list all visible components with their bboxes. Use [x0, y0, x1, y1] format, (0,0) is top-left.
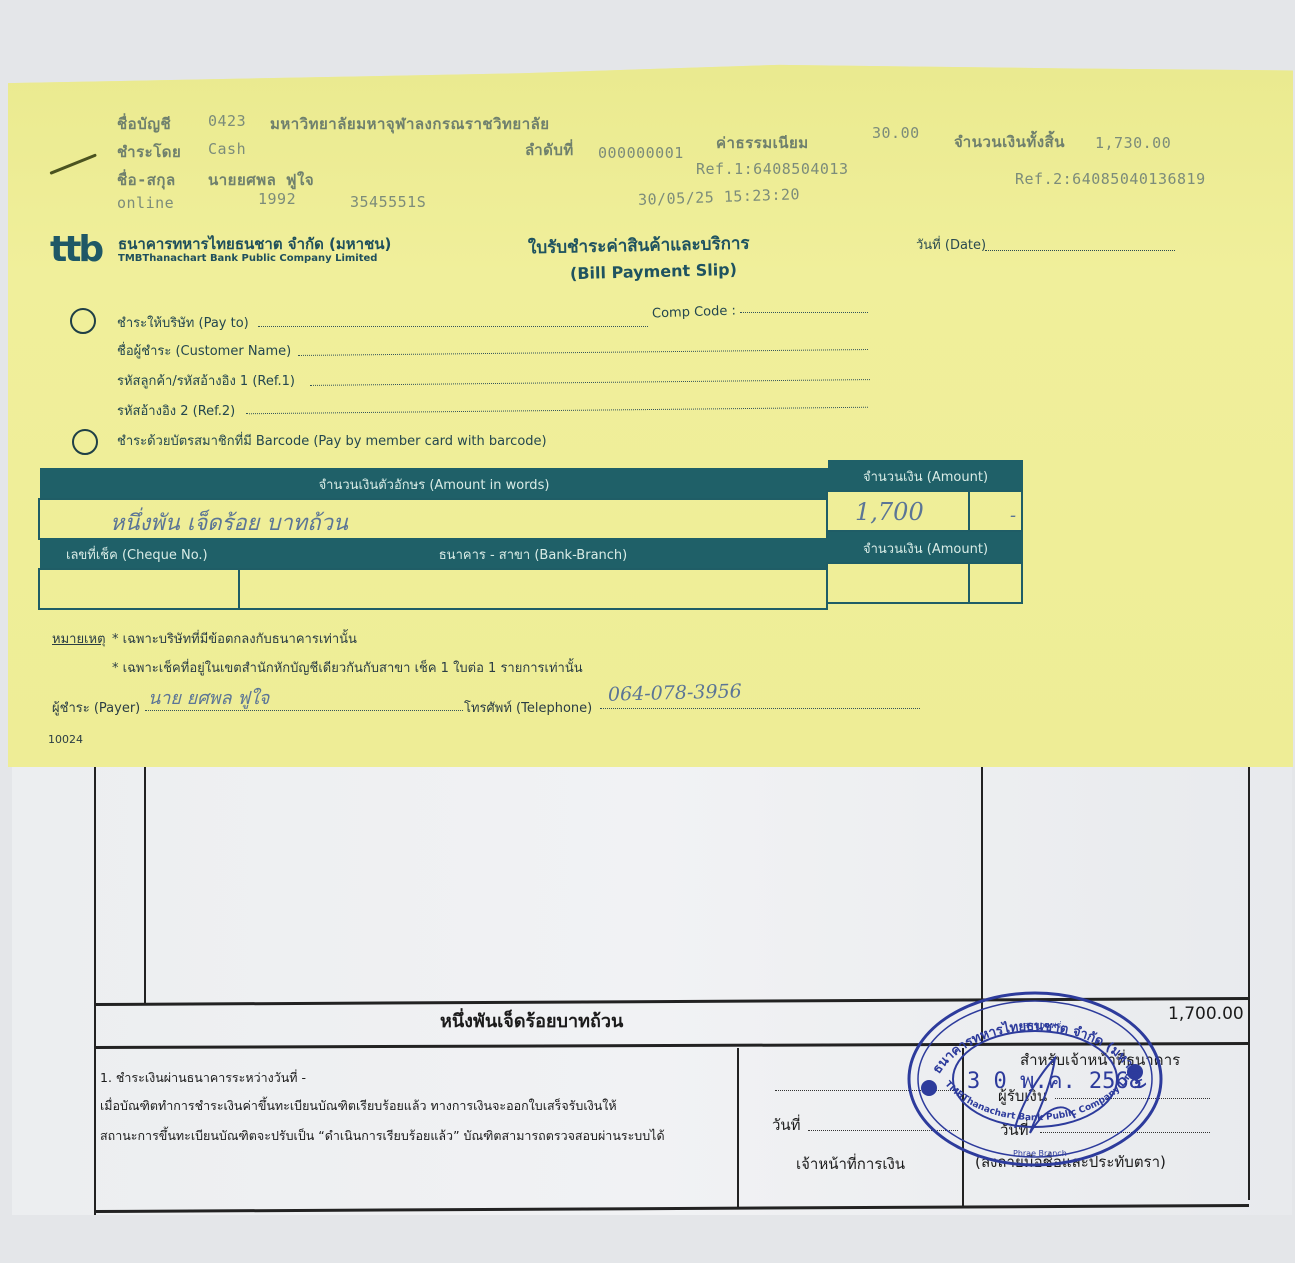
cheque-no-header-text: เลขที่เช็ค (Cheque No.): [66, 544, 208, 565]
date-field[interactable]: [985, 250, 1175, 251]
amount-handwritten: 1,700: [855, 498, 924, 526]
comp-code-field[interactable]: [740, 312, 868, 313]
pay-to-company-radio[interactable]: [70, 308, 96, 334]
printed-total-label: จำนวนเงินทั้งสิ้น: [954, 130, 1065, 154]
cheque-no-header: เลขที่เช็ค (Cheque No.): [40, 538, 238, 570]
finance-date-line: [808, 1130, 958, 1131]
bank-officer-label: สำหรับเจ้าหน้าที่ธนาคาร: [1020, 1048, 1180, 1072]
printed-channel: online: [117, 194, 174, 212]
bank-branch-header-text: ธนาคาร - สาขา (Bank-Branch): [439, 544, 628, 565]
payment-note-line-1: 1. ชำระเงินผ่านธนาคารระหว่างวันที่ -: [100, 1064, 306, 1092]
cheque-amount-satang-field[interactable]: [968, 562, 1023, 604]
bank-date-label: วันที่: [1000, 1118, 1029, 1142]
payer-label: ผู้ชำระ (Payer): [52, 697, 140, 718]
telephone-label: โทรศัพท์ (Telephone): [464, 697, 592, 718]
printed-seq-no: 000000001: [598, 144, 684, 162]
receiver-label: ผู้รับเงิน: [998, 1084, 1047, 1108]
amount-header-text: จำนวนเงิน (Amount): [863, 466, 988, 487]
printed-seq-label: ลำดับที่: [525, 138, 574, 162]
date-label: วันที่ (Date): [916, 234, 986, 255]
amount-header-2-text: จำนวนเงิน (Amount): [863, 538, 988, 559]
printed-ref1: Ref.1:6408504013: [696, 160, 849, 178]
finance-officer-label: เจ้าหน้าที่การเงิน: [796, 1152, 905, 1176]
table-column-line: [962, 1048, 964, 1206]
printed-teller-code: 3545551S: [350, 193, 426, 211]
bank-branch-field[interactable]: [238, 568, 828, 610]
printed-total: 1,730.00: [1095, 134, 1171, 152]
sign-stamp-label: (ลงลายมือชื่อและประทับตรา): [975, 1150, 1166, 1174]
telephone-handwritten: 064-078-3956: [608, 680, 742, 705]
pay-by-barcode-radio[interactable]: [72, 429, 98, 455]
ttb-logo: ttb: [50, 232, 101, 268]
table-border-right: [1248, 760, 1250, 1200]
printed-branch-code: 1992: [258, 190, 296, 208]
barcode-label: ชำระด้วยบัตรสมาชิกที่มี Barcode (Pay by …: [117, 430, 547, 451]
finance-signature-line: [775, 1090, 955, 1091]
printed-name: นายยศพล ฟูใจ: [208, 168, 314, 192]
printed-account-code: 0423: [208, 112, 246, 130]
printed-account-label: ชื่อบัญชี: [117, 112, 171, 136]
printed-fee-label: ค่าธรรมเนียม: [716, 131, 809, 155]
table-column-line: [144, 760, 146, 1003]
pay-to-label: ชำระให้บริษัท (Pay to): [117, 312, 249, 333]
form-number: 10024: [48, 733, 83, 746]
payment-note-line-2: เมื่อบัณฑิตทำการชำระเงินค่าขึ้นทะเบียนบั…: [100, 1092, 617, 1120]
printed-name-label: ชื่อ-สกุล: [117, 168, 176, 192]
telephone-field[interactable]: [600, 708, 920, 709]
table-column-line: [737, 1048, 739, 1208]
amount-header: จำนวนเงิน (Amount): [828, 460, 1023, 492]
printed-pay-by-label: ชำระโดย: [117, 140, 181, 164]
printed-pay-by: Cash: [208, 140, 246, 158]
printed-account-name: มหาวิทยาลัยมหาจุฬาลงกรณราชวิทยาลัย: [270, 112, 550, 136]
bank-date-line: [1040, 1132, 1210, 1133]
cheque-amount-baht-field[interactable]: [826, 562, 970, 604]
satang-handwritten: -: [1010, 505, 1016, 526]
remark-2: * เฉพาะเช็คที่อยู่ในเขตสำนักหักบัญชีเดีย…: [112, 657, 583, 678]
remark-label: หมายเหตุ: [52, 628, 106, 649]
finance-date-label: วันที่: [772, 1113, 801, 1137]
bank-branch-header: ธนาคาร - สาขา (Bank-Branch): [238, 538, 828, 570]
bank-name-en: TMBThanachart Bank Public Company Limite…: [118, 253, 377, 264]
amount-total: 1,700.00: [1168, 1004, 1244, 1024]
payer-handwritten: นาย ยศพล ฟูใจ: [148, 683, 269, 712]
amount-words-header: จำนวนเงินตัวอักษร (Amount in words): [40, 468, 828, 500]
pay-to-field[interactable]: [258, 326, 648, 327]
cheque-no-field[interactable]: [38, 568, 240, 610]
amount-in-words: หนึ่งพันเจ็ดร้อยบาทถ้วน: [440, 1006, 623, 1035]
table-border-left: [94, 760, 96, 1215]
slip-title-th: ใบรับชำระค่าสินค้าและบริการ: [528, 230, 750, 262]
printed-ref2: Ref.2:64085040136819: [1015, 170, 1206, 188]
ref2-label: รหัสอ้างอิง 2 (Ref.2): [117, 400, 235, 421]
amount-header-2: จำนวนเงิน (Amount): [828, 532, 1023, 564]
printed-fee: 30.00: [872, 124, 920, 142]
amount-words-handwritten: หนึ่งพัน เจ็ดร้อย บาทถ้วน: [110, 505, 348, 540]
ref1-label: รหัสลูกค้า/รหัสอ้างอิง 1 (Ref.1): [117, 370, 295, 391]
comp-code-label: Comp Code :: [652, 304, 736, 322]
customer-name-label: ชื่อผู้ชำระ (Customer Name): [117, 340, 291, 361]
amount-words-header-text: จำนวนเงินตัวอักษร (Amount in words): [319, 474, 550, 495]
payment-note-line-3: สถานะการขึ้นทะเบียนบัณฑิตจะปรับเป็น “ดำเ…: [100, 1122, 665, 1150]
receiver-signature-line: [1055, 1098, 1210, 1099]
remark-1: * เฉพาะบริษัทที่มีข้อตกลงกับธนาคารเท่านั…: [112, 628, 357, 649]
